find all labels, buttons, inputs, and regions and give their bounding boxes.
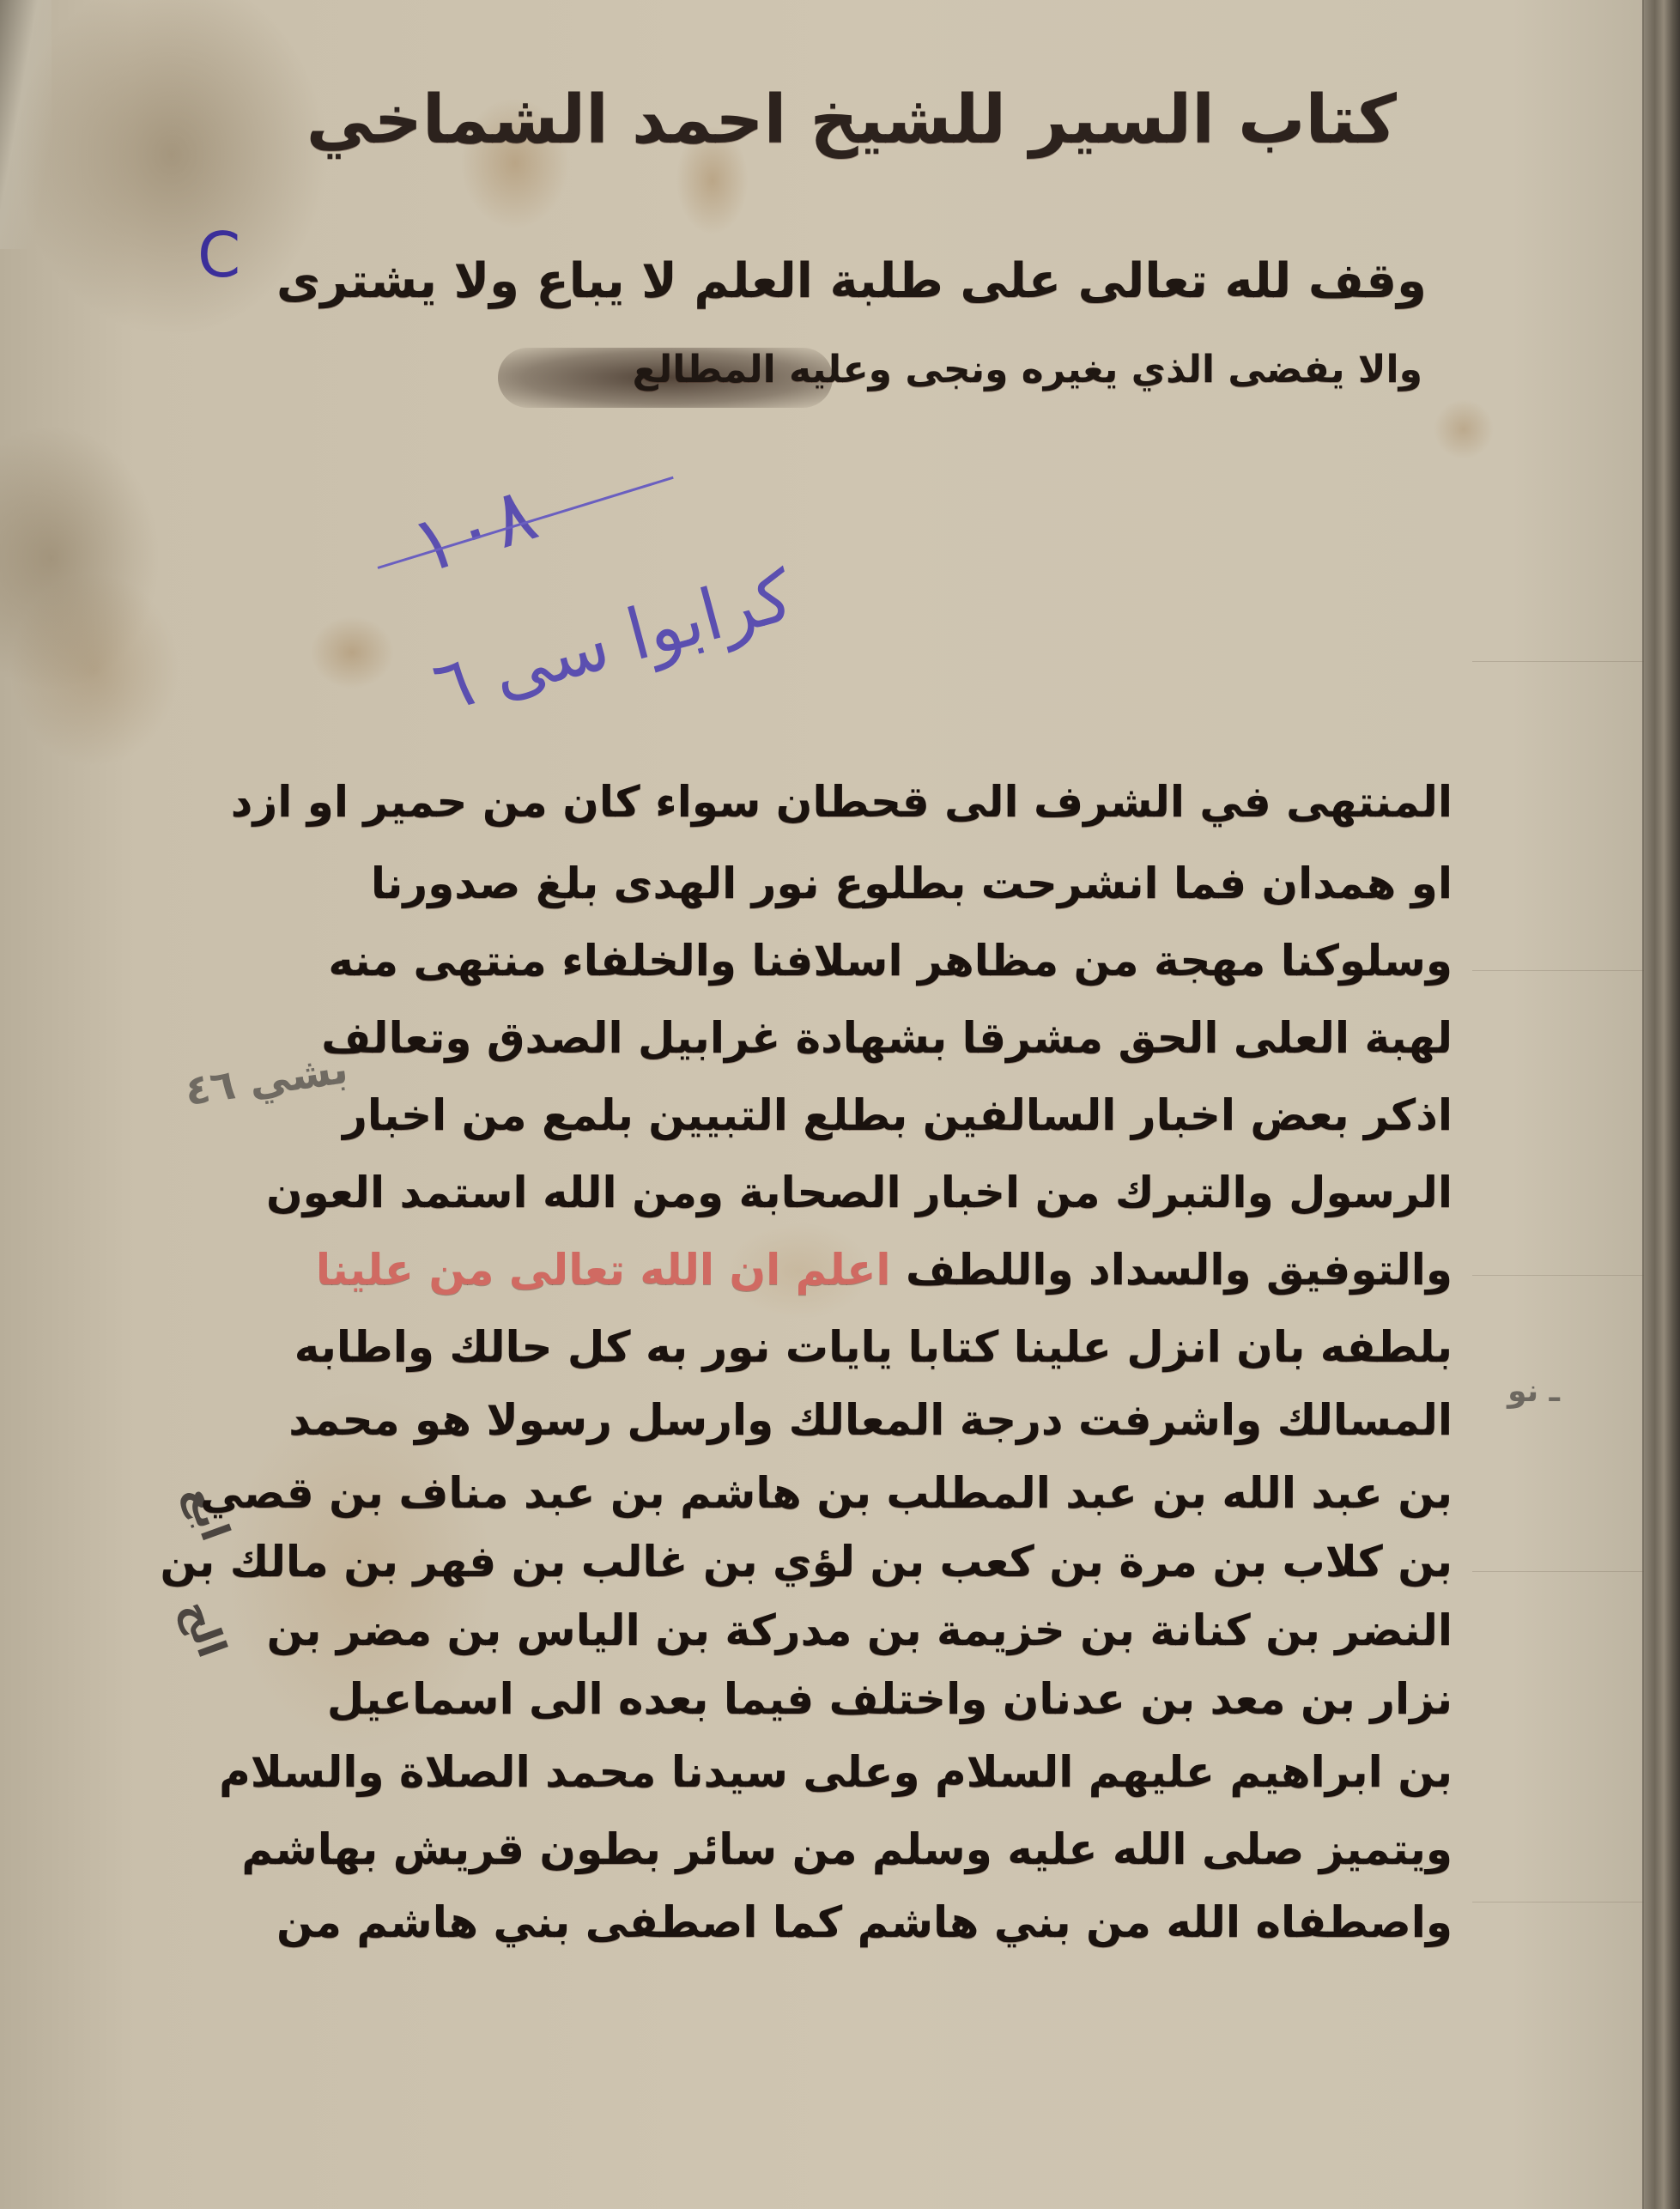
shelf-number: ١٠٨ xyxy=(401,468,547,592)
torn-corner xyxy=(0,0,52,249)
shelf-label: كرابوا سى ٦ xyxy=(425,555,801,729)
paper-crease xyxy=(1472,1275,1644,1276)
margin-note: الح xyxy=(173,1594,235,1664)
text-line: والتوفيق والسداد واللطف اعلم ان الله تعا… xyxy=(316,1245,1453,1295)
paper-crease xyxy=(1472,970,1644,971)
waqf-note-line-1: وقف لله تعالى على طلبة العلم لا يباع ولا… xyxy=(276,253,1427,309)
text-line: الرسول والتبرك من اخبار الصحابة ومن الله… xyxy=(266,1168,1453,1217)
text-line: ويتميز صلى الله عليه وسلم من سائر بطون ق… xyxy=(241,1824,1453,1874)
text-line: نزار بن معد بن عدنان واختلف فيما بعده ال… xyxy=(327,1674,1453,1724)
text-line: بن ابراهيم عليهم السلام وعلى سيدنا محمد … xyxy=(219,1747,1453,1797)
corner-mark: C xyxy=(197,219,240,291)
text-line: المنتهى في الشرف الى قحطان سواء كان من ح… xyxy=(231,777,1453,827)
text-line: لهبة العلى الحق مشرقا بشهادة غرابيل الصد… xyxy=(321,1013,1453,1063)
text-segment: والتوفيق والسداد واللطف xyxy=(906,1245,1453,1295)
text-line: واصطفاه الله من بني هاشم كما اصطفى بني ه… xyxy=(276,1897,1453,1947)
margin-note: ـ نو xyxy=(1507,1374,1560,1409)
text-line: بلطفه بان انزل علينا كتابا يايات نور به … xyxy=(294,1322,1453,1372)
page-title: كتاب السير للشيخ احمد الشماخي xyxy=(306,82,1397,159)
waqf-note-line-2: والا يفضى الذي يغيره ونجى وعليه المطالع xyxy=(633,348,1422,391)
text-line: بن كلاب بن مرة بن كعب بن لؤي بن غالب بن … xyxy=(161,1537,1453,1587)
text-line: اذكر بعض اخبار السالفين بطلع التبيين بلم… xyxy=(343,1090,1453,1140)
paper-crease xyxy=(1472,661,1644,662)
text-line: او همدان فما انشرحت بطلوع نور الهدى بلغ … xyxy=(371,859,1453,908)
text-line: النضر بن كنانة بن خزيمة بن مدركة بن اليا… xyxy=(267,1605,1453,1655)
rubric-heading: اعلم ان الله تعالى من علينا xyxy=(316,1245,891,1295)
book-spine xyxy=(1642,0,1680,2209)
paper-crease xyxy=(1472,1571,1644,1572)
text-line: وسلوكنا مهجة من مظاهر اسلافنا والخلفاء م… xyxy=(328,936,1453,986)
text-line: بن عبد الله بن عبد المطلب بن هاشم بن عبد… xyxy=(200,1468,1453,1518)
paper-crease xyxy=(1472,1902,1644,1903)
text-line: المسالك واشرفت درجة المعالك وارسل رسولا … xyxy=(288,1395,1453,1445)
manuscript-page: C كتاب السير للشيخ احمد الشماخي وقف لله … xyxy=(0,0,1680,2209)
